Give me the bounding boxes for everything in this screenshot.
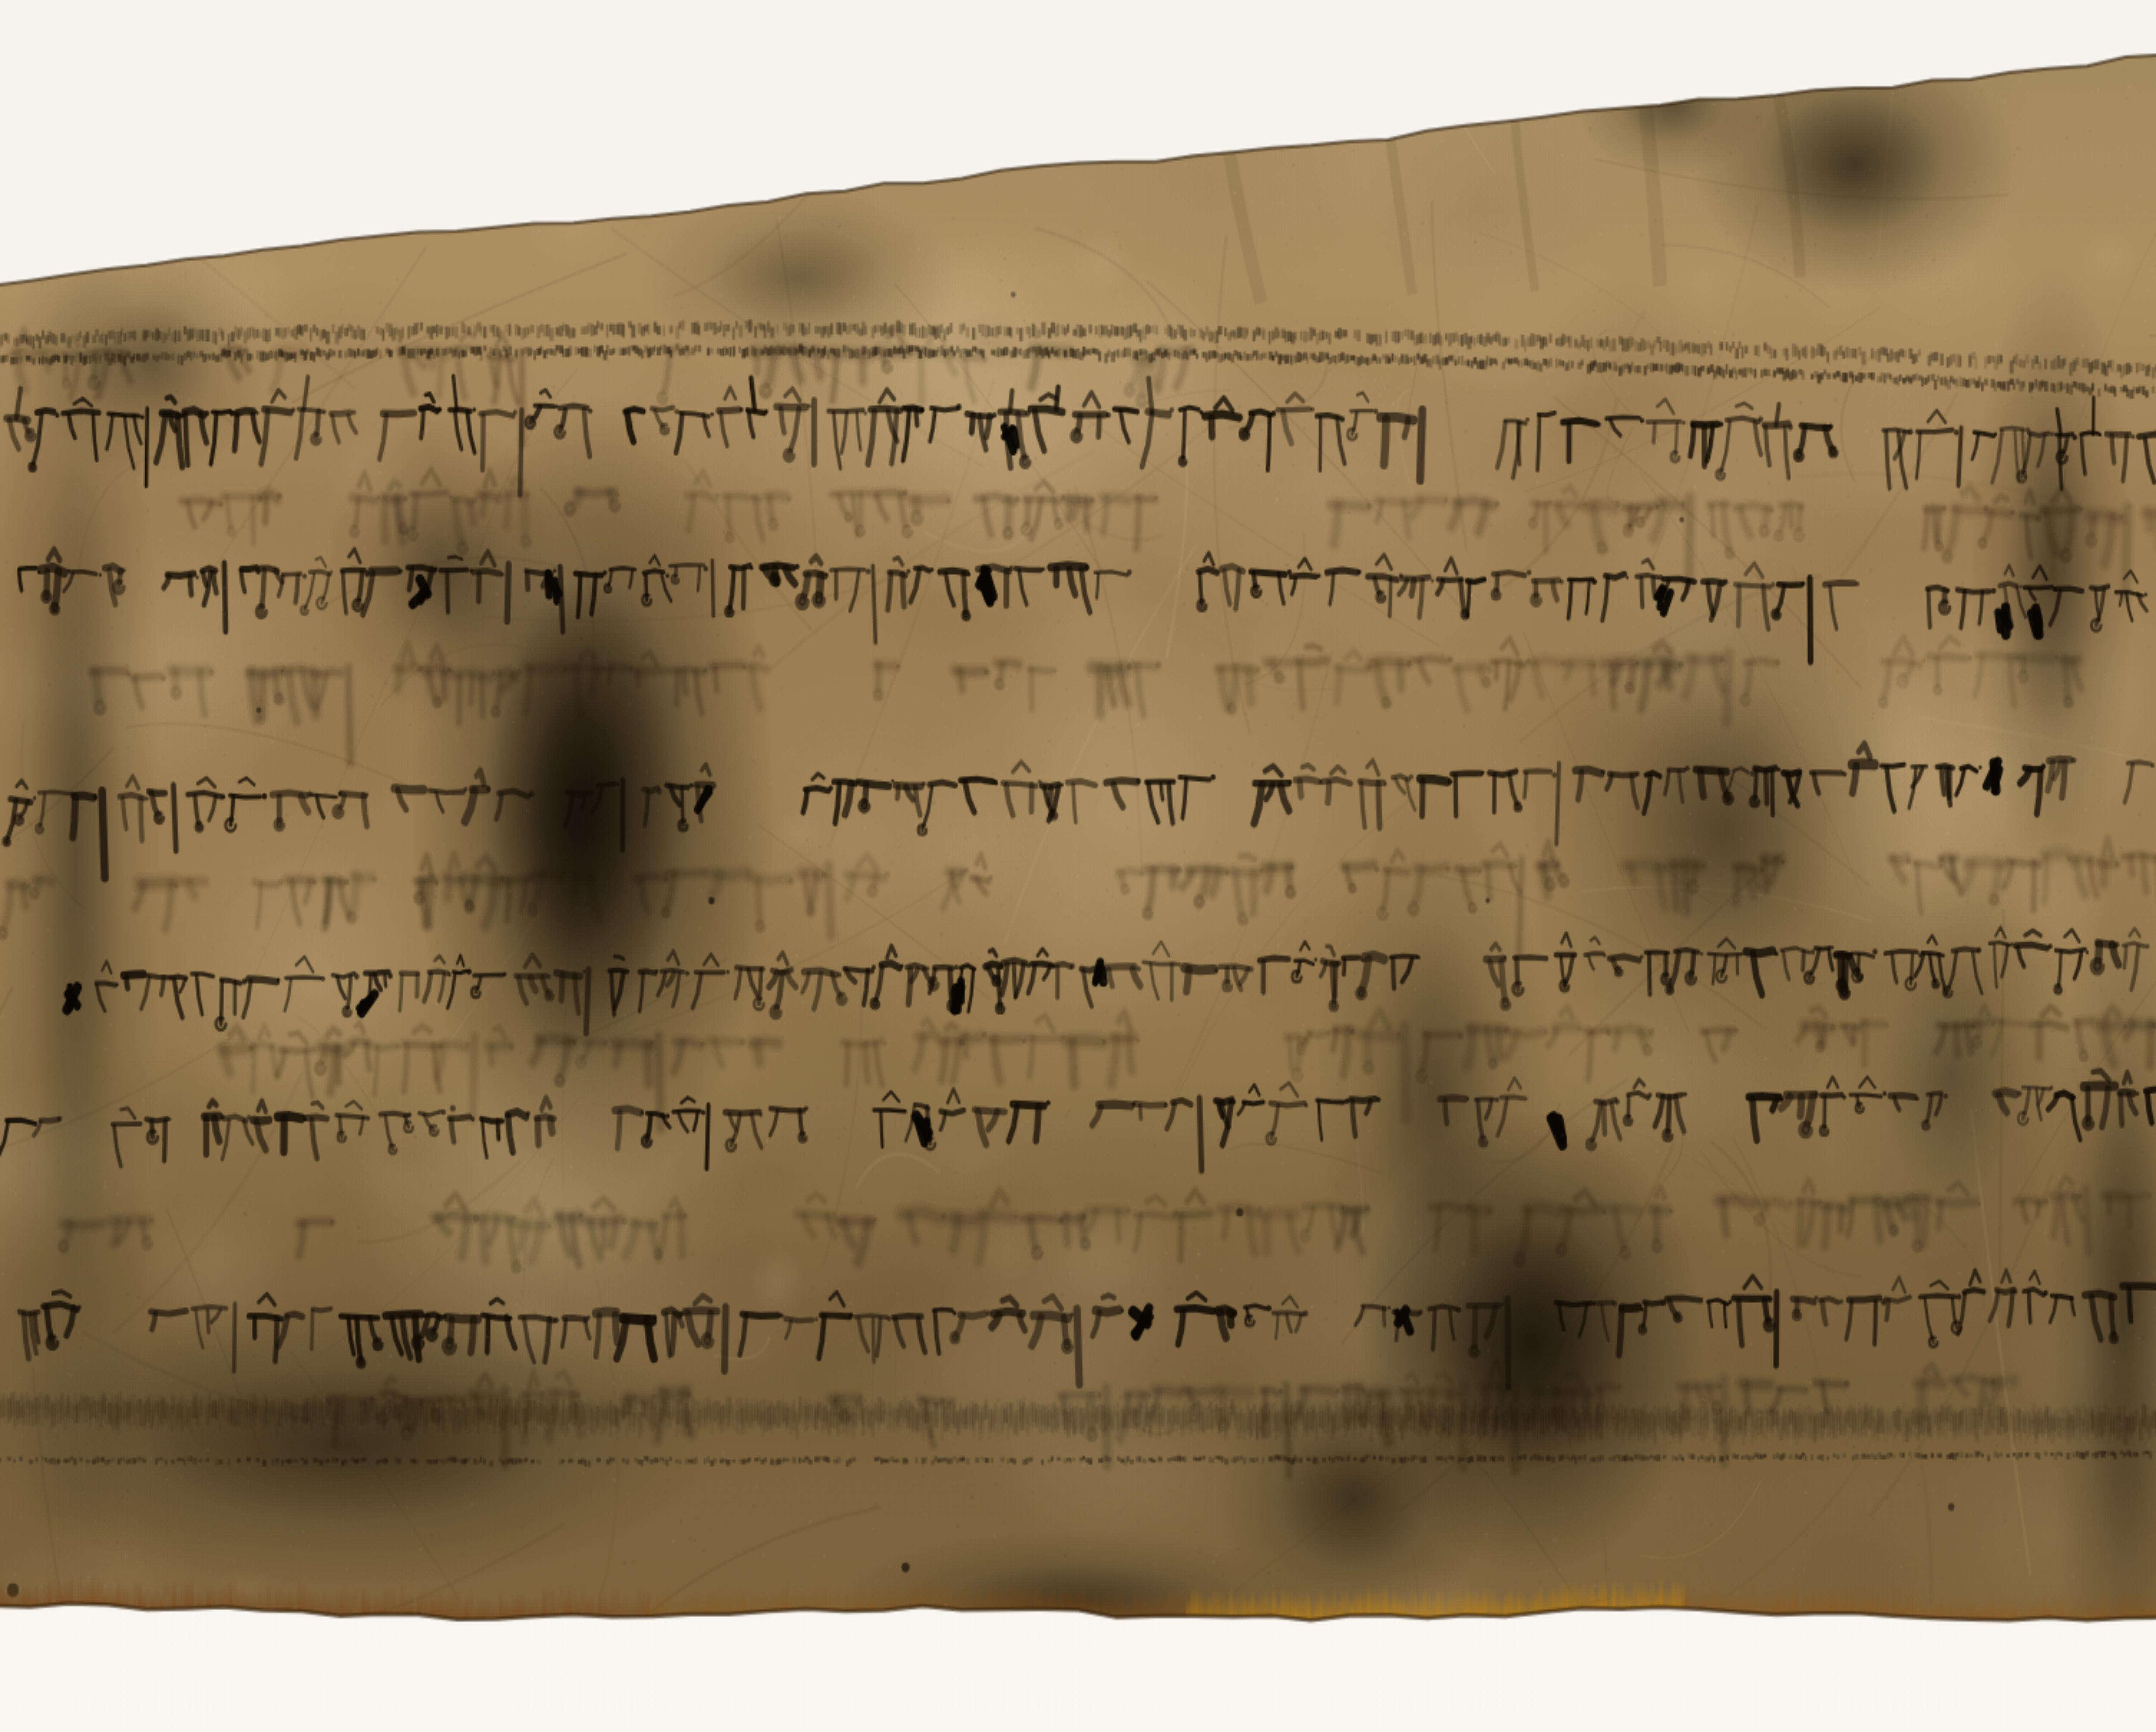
manuscript-canvas <box>0 0 2156 1732</box>
lightbox-background: { "document": { "kind": "backlit-manuscr… <box>0 0 2156 1732</box>
manuscript-photo <box>0 0 2156 1732</box>
